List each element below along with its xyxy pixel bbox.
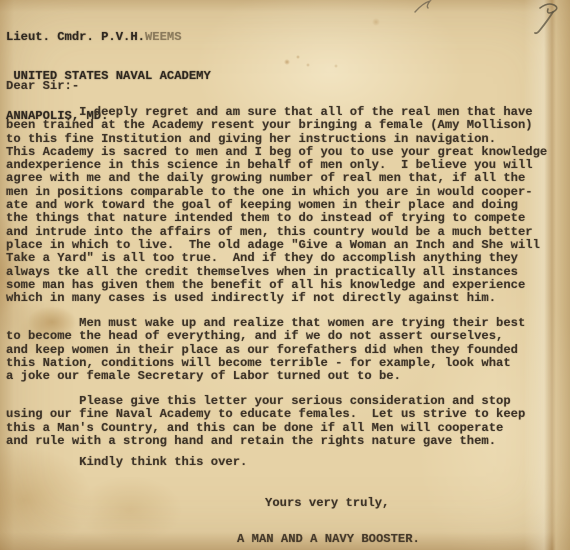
letterhead-name-main: Lieut. Cmdr. P.V.H. <box>6 30 145 44</box>
body-paragraph-2: Men must wake up and realize that women … <box>6 317 525 383</box>
body-paragraph-3: Please give this letter your serious con… <box>6 395 525 448</box>
letterhead-name-surname: WEEMS <box>145 30 182 44</box>
body-paragraph-1: I deeply regret and am sure that all of … <box>6 106 547 305</box>
letterhead-name-line: Lieut. Cmdr. P.V.H.WEEMS <box>6 31 211 44</box>
signature: A MAN AND A NAVY BOOSTER. <box>237 533 420 546</box>
salutation: Dear Sir:- <box>6 80 79 93</box>
closing-line: Kindly think this over. <box>6 456 247 469</box>
pen-squiggle-marks <box>390 0 570 60</box>
sign-off: Yours very truly, <box>265 497 389 510</box>
letter-page: Lieut. Cmdr. P.V.H.WEEMS UNITED STATES N… <box>0 0 570 550</box>
